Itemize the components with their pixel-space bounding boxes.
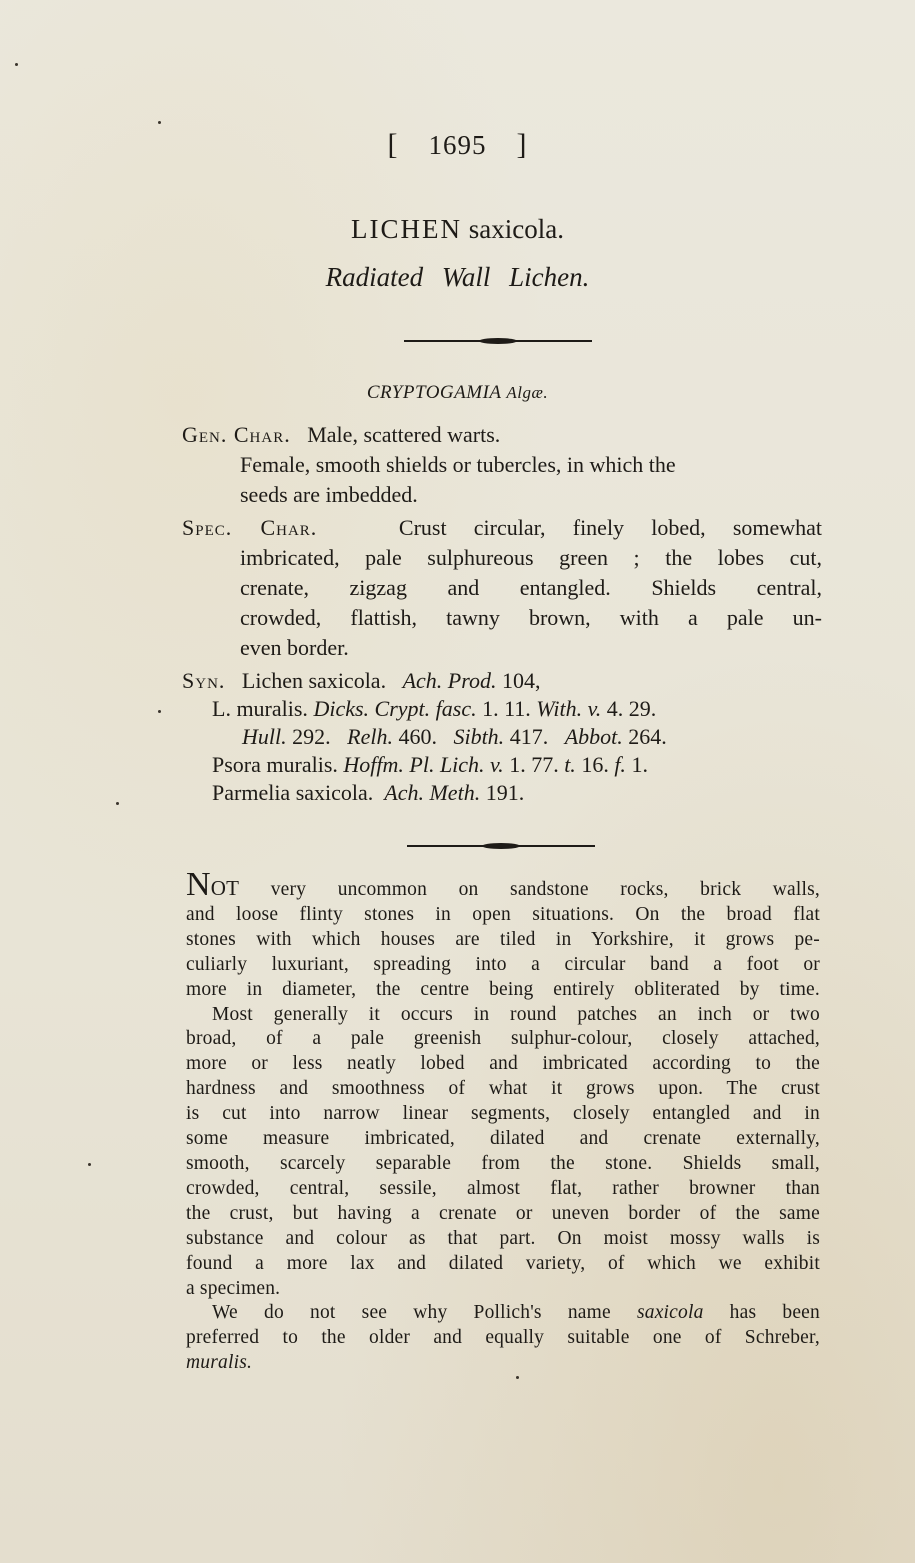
synonym-entry: Psora muralis. Hoffm. Pl. Lich. v. 1. 77… (182, 751, 822, 779)
paper-speck (516, 1376, 519, 1379)
bracket-right: ] (517, 128, 528, 162)
spec-char-line: even border. (182, 633, 822, 663)
classification: CRYPTOGAMIA Algæ. (0, 382, 915, 404)
gen-char-line: Female, smooth shields or tubercles, in … (182, 450, 822, 480)
spec-char-line: Crust circular, finely lobed, somewhat (399, 515, 822, 540)
spec-char-line: imbricated, pale sulphureous green ; the… (182, 543, 822, 573)
spec-char-line: crowded, flattish, tawny brown, with a p… (182, 603, 822, 633)
syn-label: Syn. (182, 668, 225, 693)
description-text: NOT very uncommon on sandstone rocks, br… (186, 875, 820, 1376)
genus-name: LICHEN (351, 214, 462, 244)
page-number-value: 1695 (429, 130, 487, 160)
gen-char-line: Male, scattered warts. (307, 422, 500, 447)
gen-char-label: Gen. Char. (182, 422, 291, 447)
class-name: CRYPTOGAMIA (367, 382, 501, 403)
drop-cap: N (186, 866, 211, 903)
gen-char-line: seeds are imbedded. (182, 480, 822, 510)
page-number: [1695] (0, 128, 915, 162)
paper-speck (88, 1163, 91, 1166)
synonymy: Syn. Lichen saxicola. Ach. Prod. 104, L.… (182, 667, 822, 807)
order-name: Algæ. (506, 383, 548, 402)
species-name: saxicola. (469, 214, 564, 244)
synonym-entry: Hull. 292. Relh. 460. Sibth. 417. Abbot.… (182, 723, 822, 751)
specific-character: Spec. Char. Crust circular, finely lobed… (182, 513, 822, 663)
spec-char-line: crenate, zigzag and entangled. Shields c… (182, 573, 822, 603)
generic-character: Gen. Char. Male, scattered warts. Female… (182, 420, 822, 510)
synonym-entry: L. muralis. Dicks. Crypt. fasc. 1. 11. W… (182, 695, 822, 723)
ornamental-rule-bottom (407, 845, 595, 847)
synonym-entry: Parmelia saxicola. Ach. Meth. 191. (182, 779, 822, 807)
paper-speck (15, 63, 18, 66)
paragraph: We do not see why Pollich's name saxicol… (186, 1301, 820, 1376)
paper-speck (116, 802, 119, 805)
paragraph: Most generally it occurs in round patche… (186, 1003, 820, 1302)
species-title: LICHEN saxicola. (0, 214, 915, 245)
paper-speck (158, 121, 161, 124)
bracket-left: [ (388, 128, 399, 162)
common-name: Radiated Wall Lichen. (0, 262, 915, 293)
spec-char-label: Spec. Char. (182, 515, 317, 540)
book-page: [1695] LICHEN saxicola. Radiated Wall Li… (0, 0, 915, 1563)
paragraph: NOT very uncommon on sandstone rocks, br… (186, 875, 820, 1003)
synonym-entry: Syn. Lichen saxicola. Ach. Prod. 104, (182, 667, 822, 695)
ornamental-rule-top (404, 340, 592, 342)
paper-speck (158, 710, 161, 713)
